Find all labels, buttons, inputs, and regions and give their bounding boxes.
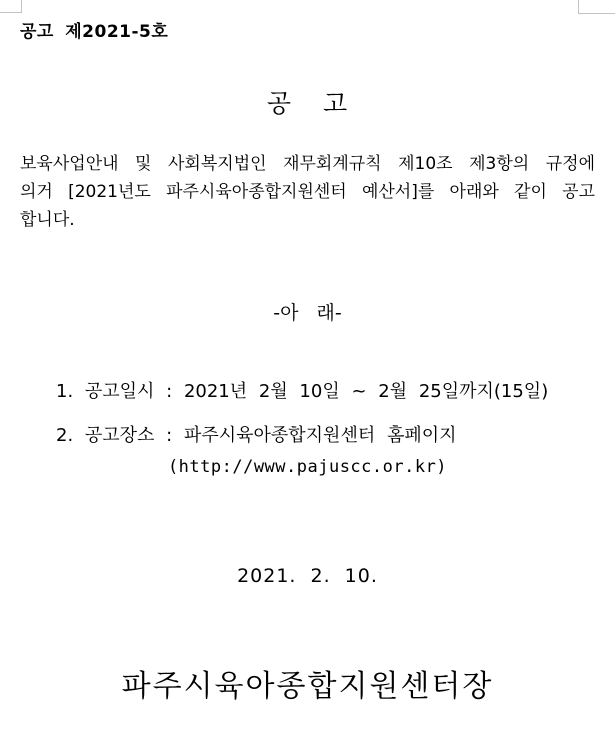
notice-document-page: 공고 제2021-5호 공 고 보육사업안내 및 사회복지법인 재무회계규칙 제… <box>0 0 615 743</box>
notice-item-place: 2. 공고장소 : 파주시육아종합지원센터 홈페이지 <box>56 421 457 447</box>
body-paragraph: 보육사업안내 및 사회복지법인 재무회계규칙 제10조 제3항의 규정에 의거 … <box>20 150 595 234</box>
signature-title: 파주시육아종합지원센터장 <box>0 661 615 705</box>
crop-mark-top-left-vertical <box>21 0 22 13</box>
body-line-1: 보육사업안내 및 사회복지법인 재무회계규칙 제10조 제3항의 규정에 <box>20 150 595 178</box>
notice-title: 공 고 <box>0 84 615 120</box>
body-line-2: 의거 [2021년도 파주시육아종합지원센터 예산서]를 아래와 같이 공고 <box>20 178 595 206</box>
crop-mark-top-left-horizontal <box>0 12 22 13</box>
crop-mark-top-right-horizontal <box>578 13 615 14</box>
date-line: 2021. 2. 10. <box>0 565 615 587</box>
website-url: (http://www.pajuscc.or.kr) <box>0 457 615 477</box>
body-line-3: 합니다. <box>20 206 595 234</box>
notice-item-period: 1. 공고일시 : 2021년 2월 10일 ~ 2월 25일까지(15일) <box>56 377 548 403</box>
doc-number: 공고 제2021-5호 <box>20 17 168 42</box>
section-label: -아 래- <box>0 298 615 325</box>
crop-mark-top-right-vertical <box>578 0 579 13</box>
